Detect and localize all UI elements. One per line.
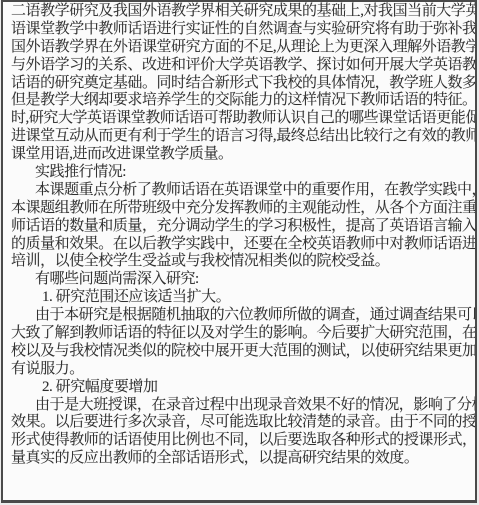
- text-line: 有哪些问题尚需深入研究:: [11, 271, 469, 289]
- text-line: 师话语的数量和质量，充分调动学生的学习积极性，提高了英语语言输入的: [11, 218, 469, 236]
- text-line: 有说服力。: [11, 361, 469, 379]
- text-line: 与外语学习的关系、改进和评价大学英语教学、探讨如何开展大学英语教师: [11, 57, 469, 75]
- text-line: 培训，以使全校学生受益或与我校情况相类似的院校受益。: [11, 253, 469, 271]
- text-line: 效果。以后要进行多次录音，尽可能选取比较清楚的录音。由于不同的授课: [11, 414, 469, 432]
- document-text-block: 二语教学研究及我国外语教学界相关研究成果的基础上,对我国当前大学英语课堂教学中教…: [11, 3, 469, 468]
- text-line: 量真实的反应出教师的全部话语形式，以提高研究结果的效度。: [11, 450, 469, 468]
- text-line: 校以及与我校情况类似的院校中展开更大范围的测试，以使研究结果更加具: [11, 343, 469, 361]
- text-line: 1. 研究范围还应该适当扩大。: [11, 289, 469, 307]
- text-line: 但是教学大纲却要求培养学生的交际能力的这样情况下教师话语的特征。同: [11, 92, 469, 110]
- text-line: 进课堂互动从而更有利于学生的语言习得,最终总结出比较行之有效的教师: [11, 128, 469, 146]
- text-line: 由于本研究是根据随机抽取的六位教师所做的调查，通过调查结果可以: [11, 307, 469, 325]
- text-line: 课堂用语,进而改进课堂教学质量。: [11, 146, 469, 164]
- text-line: 国外语教学界在外语课堂研究方面的不足,从理论上为更深入理解外语教学: [11, 39, 469, 57]
- document-page: 二语教学研究及我国外语教学界相关研究成果的基础上,对我国当前大学英语课堂教学中教…: [1, 0, 477, 503]
- text-line: 本课题组教师在所带班级中充分发挥教师的主观能动性，从各个方面注重教: [11, 200, 469, 218]
- scanned-document: { "theme": { "outer_bg": "#ececec", "pag…: [0, 0, 479, 505]
- text-line: 时,研究大学英语课堂教师话语可帮助教师认识自己的哪些课堂话语更能促: [11, 110, 469, 128]
- text-line: 大致了解到教师话语的特征以及对学生的影响。今后要扩大研究范围，在我: [11, 325, 469, 343]
- text-line: 的质量和效果。在以后教学实践中，还要在全校英语教师中对教师话语进行: [11, 236, 469, 254]
- text-line: 话语的研究奠定基础。同时结合新形式下我校的具体情况，教学班人数多，: [11, 75, 469, 93]
- text-line: 本课题重点分析了教师话语在英语课堂中的重要作用，在教学实践中，: [11, 182, 469, 200]
- text-line: 2. 研究幅度要增加: [11, 379, 469, 397]
- text-line: 形式使得教师的话语使用比例也不同，以后要选取各种形式的授课形式，尽: [11, 432, 469, 450]
- text-line: 二语教学研究及我国外语教学界相关研究成果的基础上,对我国当前大学英: [11, 3, 469, 21]
- text-line: 由于是大班授课，在录音过程中出现录音效果不好的情况，影响了分析: [11, 397, 469, 415]
- text-line: 实践推行情况:: [11, 164, 469, 182]
- text-line: 语课堂教学中教师话语进行实证性的自然调查与实验研究将有助于弥补我: [11, 21, 469, 39]
